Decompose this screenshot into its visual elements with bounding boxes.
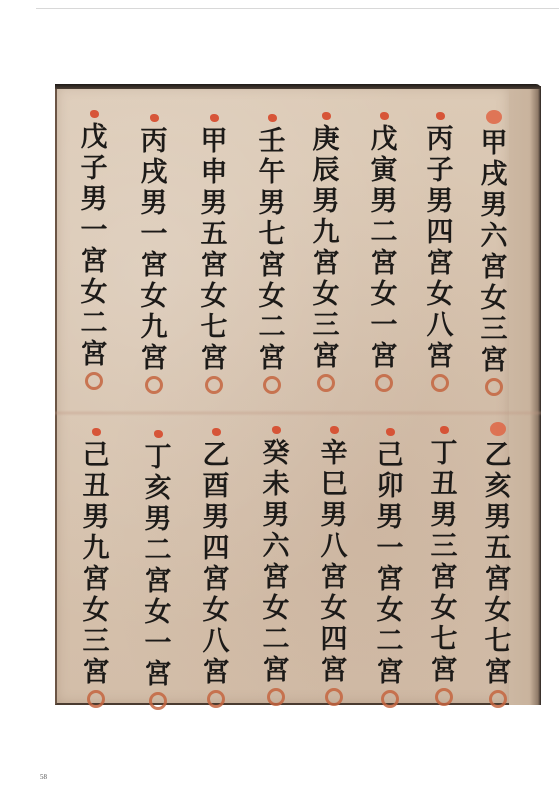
glyph: 宮 <box>377 657 404 688</box>
glyph: 宮 <box>431 562 458 593</box>
glyph: 宮 <box>485 564 512 595</box>
top-rule <box>36 8 559 9</box>
glyph: 女 <box>81 277 108 308</box>
glyph: 戊 <box>371 124 398 155</box>
glyph: 亥 <box>145 473 172 504</box>
glyph: 一 <box>145 628 172 659</box>
glyph: 二 <box>377 626 404 657</box>
glyph: 宮 <box>203 657 230 688</box>
glyph: 宮 <box>259 250 286 281</box>
glyph: 女 <box>263 593 290 624</box>
glyph: 丙 <box>427 124 454 155</box>
glyph: 女 <box>141 281 168 312</box>
red-mark-icon <box>386 428 395 436</box>
glyph: 宮 <box>485 657 512 688</box>
red-mark-icon <box>436 112 445 120</box>
glyph: 男 <box>313 186 340 217</box>
glyph: 四 <box>203 533 230 564</box>
glyph: 男 <box>427 186 454 217</box>
glyph: 二 <box>81 308 108 339</box>
glyph: 宮 <box>263 655 290 686</box>
glyph: 丁 <box>431 438 458 469</box>
red-mark-icon <box>330 426 339 434</box>
red-circle-icon <box>87 690 105 708</box>
column-text: 丙戌男一宮女九宮 <box>141 126 168 374</box>
glyph: 宮 <box>141 250 168 281</box>
glyph: 男 <box>485 502 512 533</box>
red-circle-icon <box>489 690 507 708</box>
red-circle-icon <box>375 374 393 392</box>
red-mark-icon <box>92 428 101 436</box>
glyph: 癸 <box>263 438 290 469</box>
glyph: 女 <box>321 593 348 624</box>
lower-column-1: 乙亥男五宮女七宮 <box>478 422 518 708</box>
glyph: 女 <box>83 595 110 626</box>
glyph: 未 <box>263 469 290 500</box>
glyph: 一 <box>81 215 108 246</box>
red-mark-icon <box>486 110 502 124</box>
glyph: 男 <box>203 502 230 533</box>
lower-column-5: 癸未男六宮女二宮 <box>256 426 296 706</box>
glyph: 宮 <box>313 248 340 279</box>
glyph: 己 <box>83 440 110 471</box>
glyph: 丙 <box>141 126 168 157</box>
glyph: 宮 <box>371 341 398 372</box>
red-mark-icon <box>268 114 277 122</box>
glyph: 宮 <box>371 248 398 279</box>
glyph: 男 <box>145 504 172 535</box>
glyph: 三 <box>481 314 508 345</box>
glyph: 四 <box>321 624 348 655</box>
column-text: 癸未男六宮女二宮 <box>263 438 290 686</box>
glyph: 己 <box>377 440 404 471</box>
lower-column-3: 己卯男一宮女二宮 <box>370 428 410 708</box>
glyph: 巳 <box>321 469 348 500</box>
glyph: 男 <box>321 500 348 531</box>
red-mark-icon <box>322 112 331 120</box>
glyph: 丁 <box>145 442 172 473</box>
red-mark-icon <box>90 110 99 118</box>
glyph: 五 <box>485 533 512 564</box>
red-mark-icon <box>272 426 281 434</box>
horizontal-fold <box>55 410 541 416</box>
glyph: 戊 <box>81 122 108 153</box>
glyph: 戌 <box>141 157 168 188</box>
glyph: 寅 <box>371 155 398 186</box>
red-circle-icon <box>263 376 281 394</box>
column-text: 己丑男九宮女三宮 <box>83 440 110 688</box>
glyph: 九 <box>141 312 168 343</box>
red-circle-icon <box>317 374 335 392</box>
page-number: 58 <box>40 773 47 781</box>
glyph: 八 <box>321 531 348 562</box>
glyph: 宮 <box>263 562 290 593</box>
column-text: 丁亥男二宮女一宮 <box>145 442 172 690</box>
glyph: 二 <box>263 624 290 655</box>
red-circle-icon <box>381 690 399 708</box>
glyph: 丑 <box>83 471 110 502</box>
glyph: 乙 <box>485 440 512 471</box>
glyph: 二 <box>145 535 172 566</box>
glyph: 女 <box>371 279 398 310</box>
glyph: 午 <box>259 157 286 188</box>
glyph: 男 <box>83 502 110 533</box>
glyph: 宮 <box>81 339 108 370</box>
glyph: 五 <box>201 219 228 250</box>
glyph: 甲 <box>481 128 508 159</box>
column-text: 戊子男一宮女二宮 <box>81 122 108 370</box>
glyph: 一 <box>141 219 168 250</box>
glyph: 女 <box>203 595 230 626</box>
glyph: 宮 <box>83 657 110 688</box>
red-mark-icon <box>210 114 219 122</box>
red-mark-icon <box>380 112 389 120</box>
glyph: 四 <box>427 217 454 248</box>
glyph: 六 <box>263 531 290 562</box>
upper-column-4: 庚辰男九宮女三宮 <box>306 112 346 392</box>
glyph: 女 <box>313 279 340 310</box>
column-text: 丁丑男三宮女七宮 <box>431 438 458 686</box>
glyph: 酉 <box>203 471 230 502</box>
glyph: 女 <box>485 595 512 626</box>
glyph: 女 <box>259 281 286 312</box>
glyph: 一 <box>377 533 404 564</box>
glyph: 壬 <box>259 126 286 157</box>
glyph: 辛 <box>321 438 348 469</box>
column-text: 壬午男七宮女二宮 <box>259 126 286 374</box>
column-text: 甲申男五宮女七宮 <box>201 126 228 374</box>
red-circle-icon <box>267 688 285 706</box>
upper-column-2: 丙子男四宮女八宮 <box>420 112 460 392</box>
glyph: 三 <box>83 626 110 657</box>
glyph: 宮 <box>481 345 508 376</box>
lower-column-7: 丁亥男二宮女一宮 <box>138 430 178 710</box>
glyph: 宮 <box>481 252 508 283</box>
red-circle-icon <box>207 690 225 708</box>
glyph: 宮 <box>321 562 348 593</box>
red-circle-icon <box>145 376 163 394</box>
glyph: 九 <box>313 217 340 248</box>
glyph: 宮 <box>201 343 228 374</box>
glyph: 宮 <box>141 343 168 374</box>
glyph: 男 <box>377 502 404 533</box>
glyph: 九 <box>83 533 110 564</box>
red-mark-icon <box>440 426 449 434</box>
glyph: 丑 <box>431 469 458 500</box>
glyph: 三 <box>313 310 340 341</box>
red-mark-icon <box>490 422 506 436</box>
glyph: 宮 <box>201 250 228 281</box>
column-text: 甲戌男六宮女三宮 <box>481 128 508 376</box>
red-circle-icon <box>205 376 223 394</box>
glyph: 辰 <box>313 155 340 186</box>
column-text: 丙子男四宮女八宮 <box>427 124 454 372</box>
glyph: 男 <box>263 500 290 531</box>
glyph: 子 <box>81 153 108 184</box>
upper-column-5: 壬午男七宮女二宮 <box>252 114 292 394</box>
upper-column-1: 甲戌男六宮女三宮 <box>474 110 514 396</box>
column-text: 辛巳男八宮女四宮 <box>321 438 348 686</box>
glyph: 六 <box>481 221 508 252</box>
glyph: 女 <box>427 279 454 310</box>
glyph: 二 <box>371 217 398 248</box>
glyph: 八 <box>427 310 454 341</box>
glyph: 男 <box>201 188 228 219</box>
glyph: 宮 <box>81 246 108 277</box>
glyph: 三 <box>431 531 458 562</box>
glyph: 宮 <box>427 341 454 372</box>
glyph: 男 <box>481 190 508 221</box>
glyph: 戌 <box>481 159 508 190</box>
lower-column-8: 己丑男九宮女三宮 <box>76 428 116 708</box>
glyph: 宮 <box>321 655 348 686</box>
sheet-top-edge <box>55 84 541 89</box>
glyph: 八 <box>203 626 230 657</box>
red-circle-icon <box>149 692 167 710</box>
red-mark-icon <box>150 114 159 122</box>
glyph: 七 <box>201 312 228 343</box>
glyph: 男 <box>259 188 286 219</box>
red-circle-icon <box>325 688 343 706</box>
column-text: 庚辰男九宮女三宮 <box>313 124 340 372</box>
glyph: 宮 <box>259 343 286 374</box>
lower-column-2: 丁丑男三宮女七宮 <box>424 426 464 706</box>
glyph: 亥 <box>485 471 512 502</box>
glyph: 甲 <box>201 126 228 157</box>
lower-column-6: 乙酉男四宮女八宮 <box>196 428 236 708</box>
glyph: 卯 <box>377 471 404 502</box>
glyph: 一 <box>371 310 398 341</box>
glyph: 宮 <box>145 659 172 690</box>
glyph: 庚 <box>313 124 340 155</box>
glyph: 子 <box>427 155 454 186</box>
upper-column-8: 戊子男一宮女二宮 <box>74 110 114 390</box>
glyph: 宮 <box>203 564 230 595</box>
glyph: 男 <box>141 188 168 219</box>
glyph: 乙 <box>203 440 230 471</box>
glyph: 男 <box>431 500 458 531</box>
glyph: 宮 <box>431 655 458 686</box>
glyph: 宮 <box>145 566 172 597</box>
red-circle-icon <box>431 374 449 392</box>
upper-column-3: 戊寅男二宮女一宮 <box>364 112 404 392</box>
red-mark-icon <box>212 428 221 436</box>
glyph: 申 <box>201 157 228 188</box>
column-text: 己卯男一宮女二宮 <box>377 440 404 688</box>
glyph: 女 <box>201 281 228 312</box>
red-mark-icon <box>154 430 163 438</box>
glyph: 二 <box>259 312 286 343</box>
column-text: 戊寅男二宮女一宮 <box>371 124 398 372</box>
glyph: 宮 <box>427 248 454 279</box>
red-circle-icon <box>435 688 453 706</box>
glyph: 女 <box>377 595 404 626</box>
glyph: 男 <box>81 184 108 215</box>
upper-column-6: 甲申男五宮女七宮 <box>194 114 234 394</box>
glyph: 宮 <box>377 564 404 595</box>
glyph: 宮 <box>83 564 110 595</box>
lower-column-4: 辛巳男八宮女四宮 <box>314 426 354 706</box>
glyph: 七 <box>485 626 512 657</box>
glyph: 七 <box>431 624 458 655</box>
upper-column-7: 丙戌男一宮女九宮 <box>134 114 174 394</box>
glyph: 七 <box>259 219 286 250</box>
glyph: 女 <box>431 593 458 624</box>
red-circle-icon <box>485 378 503 396</box>
glyph: 男 <box>371 186 398 217</box>
red-circle-icon <box>85 372 103 390</box>
column-text: 乙亥男五宮女七宮 <box>485 440 512 688</box>
column-text: 乙酉男四宮女八宮 <box>203 440 230 688</box>
glyph: 女 <box>145 597 172 628</box>
glyph: 女 <box>481 283 508 314</box>
glyph: 宮 <box>313 341 340 372</box>
